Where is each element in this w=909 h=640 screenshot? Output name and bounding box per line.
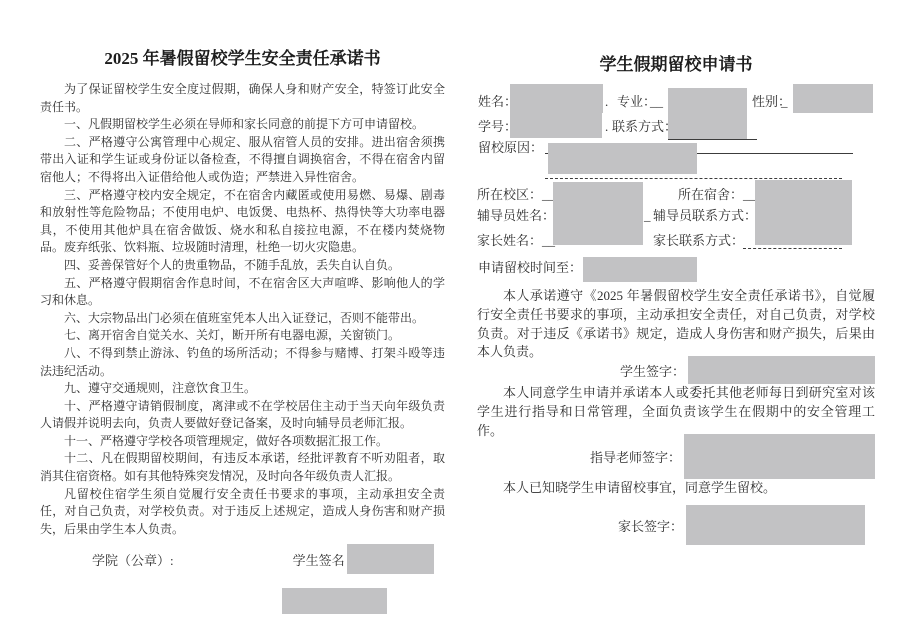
redacted-stay-until-value [583, 257, 697, 282]
application-form-page: 学生假期留校申请书 姓名： . 专业： __ 性别： _ 学号： . 联系方式：… [477, 53, 875, 545]
commitment-paragraph: 七、离开宿舍自觉关水、关灯，断开所有电器电源，关窗锁门。 [40, 327, 445, 345]
counselor-contact-label: 辅导员联系方式： [653, 208, 757, 223]
redacted-student-id-value [510, 112, 602, 138]
application-lower-section: 本人承诺遵守《2025 年暑假留校学生安全责任承诺书》，自觉履行安全责任书要求的… [477, 287, 875, 545]
commitment-letter-page: 2025 年暑假留校学生安全责任承诺书 为了保证留校学生安全度过假期，确保人身和… [40, 48, 445, 614]
contact-underline [668, 139, 757, 140]
redacted-supervisor-signature [684, 434, 875, 479]
redacted-name-value [510, 84, 603, 113]
student-sign-label: 学生签字： [620, 361, 685, 380]
commitment-paragraph: 五、严格遵守假期宿舍作息时间，不在宿舍区大声喧哗、影响他人的学习和休息。 [40, 275, 445, 310]
commitment-paragraph: 八、不得到禁止游泳、钓鱼的场所活动；不得参与赌博、打架斗殴等违法违纪活动。 [40, 345, 445, 380]
commitment-paragraph: 二、严格遵守公寓管理中心规定、服从宿管人员的安排。进出宿舍须携带出入证和学生证或… [40, 134, 445, 187]
commitment-paragraph: 三、严格遵守校内安全规定，不在宿舍内藏匿或使用易燃、易爆、剧毒和放射性等危险物品… [40, 187, 445, 257]
reason-label: 留校原因： [478, 140, 543, 155]
redacted-gender-value [793, 84, 873, 113]
counselor-name-label: 辅导员姓名： [477, 208, 555, 223]
commitment-paragraph: 十、严格遵守请销假制度，离津或不在学校居住主动于当天向年级负责人请假并说明去向，… [40, 398, 445, 433]
parent-contact-label: 家长联系方式： [653, 233, 744, 248]
application-form-fields: 姓名： . 专业： __ 性别： _ 学号： . 联系方式： 留校原因： 所在校… [477, 83, 875, 287]
commitment-title: 2025 年暑假留校学生安全责任承诺书 [40, 48, 445, 70]
college-seal-label: 学院（公章）: [92, 550, 174, 569]
parent-ack-paragraph: 本人已知晓学生申请留校事宜，同意学生留校。 [477, 479, 875, 498]
stay-until-label: 申请留校时间至： [478, 260, 582, 275]
commitment-paragraph: 十一、严格遵守学校各项管理规定，做好各项数据汇报工作。 [40, 433, 445, 451]
supervisor-sign-row: 指导老师签字： [477, 434, 875, 479]
supervisor-sign-label: 指导老师签字： [590, 447, 681, 466]
application-title: 学生假期留校申请书 [477, 53, 875, 77]
counselor-blank: _ [644, 208, 651, 223]
commitment-paragraph: 九、遵守交通规则，注意饮食卫生。 [40, 380, 445, 398]
major-blank: __ [650, 94, 663, 109]
redacted-contact-value [668, 115, 747, 139]
commitment-paragraph: 凡留校住宿学生须自觉履行安全责任书要求的事项，主动承担安全责任，对自己负责，对学… [40, 486, 445, 539]
commitment-paragraph: 为了保证留校学生安全度过假期，确保人身和财产安全，特签订此安全责任书。 [40, 81, 445, 116]
separator-dot: . [605, 119, 608, 134]
redacted-student-signature [688, 356, 875, 384]
redacted-campus-counselor-values [553, 182, 643, 245]
parent-name-label: 家长姓名： [477, 233, 542, 248]
commitment-paragraph: 一、凡假期留校学生必须在导师和家长同意的前提下方可申请留校。 [40, 116, 445, 134]
campus-label: 所在校区： [477, 187, 542, 202]
student-sign-label: 学生签名 [293, 550, 345, 569]
parent-contact-underline [743, 248, 842, 249]
commitment-body: 为了保证留校学生安全度过假期，确保人身和财产安全，特签订此安全责任书。 一、凡假… [40, 81, 445, 538]
supervisor-pledge-paragraph: 本人同意学生申请并承诺本人或委托其他老师每日到研究室对该学生进行指导和日常管理，… [477, 384, 875, 440]
parent-blank: __ [542, 233, 555, 248]
redacted-reason-value [548, 143, 697, 174]
parent-sign-row: 家长签字： [477, 505, 875, 545]
document-scan: { "colors": { "redaction_gray": "#c2c2c4… [0, 0, 909, 640]
redacted-major-value [668, 88, 747, 118]
reason-underline-2 [545, 178, 842, 179]
redacted-signature-date [282, 588, 387, 614]
redacted-parent-signature [686, 505, 865, 545]
separator-dot: . [605, 94, 608, 109]
gender-blank: _ [781, 94, 788, 109]
redacted-student-signature [347, 544, 434, 574]
left-signature-row: 学院（公章）: 学生签名 [40, 544, 445, 574]
parent-sign-label: 家长签字： [618, 516, 683, 535]
commitment-paragraph: 十二、凡在假期留校期间，有违反本承诺，经批评教育不听劝阻者，取消其住宿资格。如有… [40, 450, 445, 485]
student-pledge-paragraph: 本人承诺遵守《2025 年暑假留校学生安全责任承诺书》，自觉履行安全责任书要求的… [477, 287, 875, 362]
dorm-label: 所在宿舍： [678, 187, 743, 202]
commitment-paragraph: 六、大宗物品出门必须在值班室凭本人出入证登记，否则不能带出。 [40, 310, 445, 328]
redacted-dorm-contact-values [755, 180, 852, 245]
commitment-paragraph: 四、妥善保管好个人的贵重物品，不随手乱放，丢失自认自负。 [40, 257, 445, 275]
